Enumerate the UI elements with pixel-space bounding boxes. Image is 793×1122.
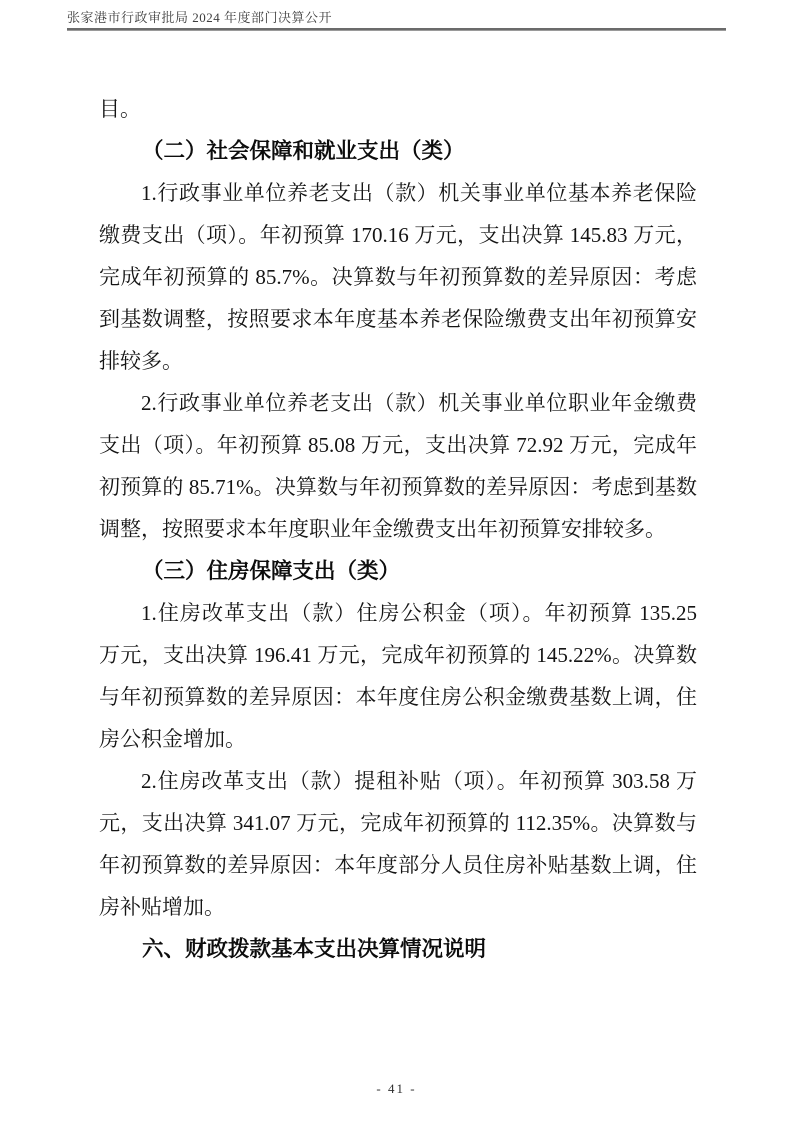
page-header: 张家港市行政审批局 2024 年度部门决算公开 (67, 10, 726, 31)
section-heading-basic-expenditure-final-accounts: 六、财政拨款基本支出决算情况说明 (99, 928, 697, 970)
paragraph-housing-provident-fund: 1.住房改革支出（款）住房公积金（项）。年初预算 135.25 万元，支出决算 … (99, 592, 697, 760)
paragraph-carryover-fragment: 目。 (99, 88, 697, 130)
document-page: 张家港市行政审批局 2024 年度部门决算公开 目。 （二）社会保障和就业支出（… (0, 0, 793, 1122)
header-title: 张家港市行政审批局 2024 年度部门决算公开 (67, 10, 726, 25)
document-body: 目。 （二）社会保障和就业支出（类） 1.行政事业单位养老支出（款）机关事业单位… (99, 88, 697, 970)
section-heading-social-security-expenditure: （二）社会保障和就业支出（类） (99, 130, 697, 172)
section-heading-housing-security-expenditure: （三）住房保障支出（类） (99, 550, 697, 592)
page-footer: - 41 - (0, 1080, 793, 1098)
paragraph-basic-pension-insurance: 1.行政事业单位养老支出（款）机关事业单位基本养老保险缴费支出（项）。年初预算 … (99, 172, 697, 382)
paragraph-occupational-annuity: 2.行政事业单位养老支出（款）机关事业单位职业年金缴费支出（项）。年初预算 85… (99, 382, 697, 550)
page-number: - 41 - (376, 1081, 416, 1096)
paragraph-rent-increase-subsidy: 2.住房改革支出（款）提租补贴（项）。年初预算 303.58 万元，支出决算 3… (99, 760, 697, 928)
header-rule (67, 28, 726, 31)
